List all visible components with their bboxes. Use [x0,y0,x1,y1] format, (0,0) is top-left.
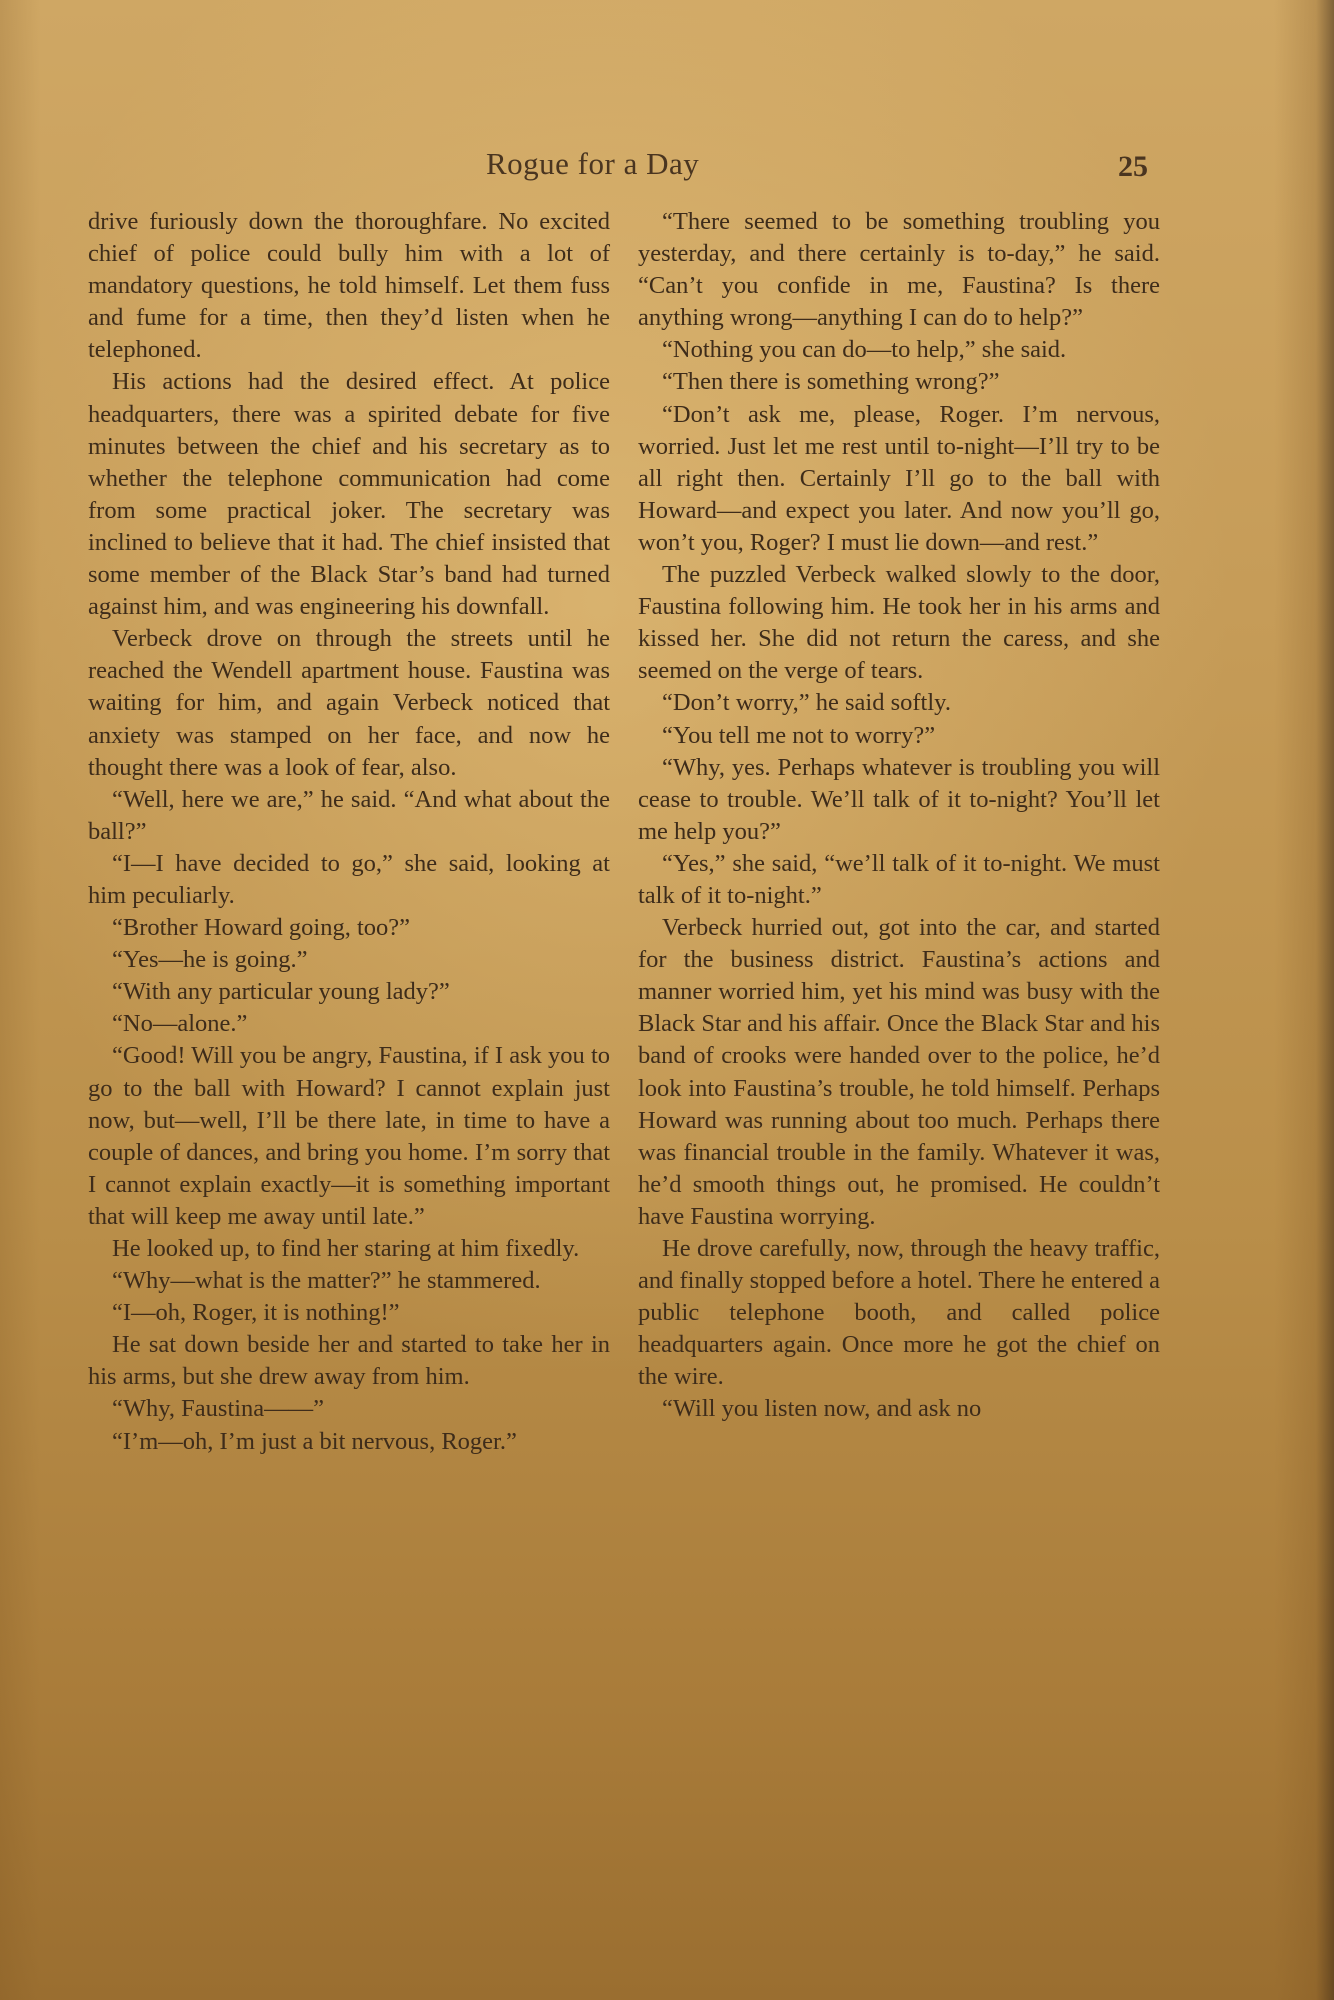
paragraph: drive furiously down the thoroughfare. N… [88,206,610,366]
paragraph: “Well, here we are,” he said. “And what … [88,784,610,848]
paragraph: “Don’t worry,” he said softly. [638,687,1160,719]
paragraph: Verbeck hurried out, got into the car, a… [638,912,1160,1233]
book-page: Rogue for a Day 25 drive furiously down … [0,0,1334,2000]
paragraph: “I—oh, Roger, it is nothing!” [88,1297,610,1329]
paragraph: “With any particular young lady?” [88,976,610,1008]
right-text-column: “There seemed to be something troubling … [638,206,1160,1426]
paragraph: “Brother Howard going, too?” [88,912,610,944]
paragraph: “I—I have decided to go,” she said, look… [88,848,610,912]
paragraph: “I’m—oh, I’m just a bit nervous, Roger.” [88,1426,610,1458]
left-text-column: drive furiously down the thoroughfare. N… [88,206,610,1458]
paragraph: His actions had the desired effect. At p… [88,366,610,623]
paragraph: “Don’t ask me, please, Roger. I’m nervou… [638,399,1160,559]
paragraph: “There seemed to be something troubling … [638,206,1160,334]
paragraph: “You tell me not to worry?” [638,720,1160,752]
paragraph: The puzzled Verbeck walked slowly to the… [638,559,1160,687]
paragraph: “Then there is something wrong?” [638,366,1160,398]
paragraph: “Good! Will you be angry, Faustina, if I… [88,1040,610,1233]
paragraph: He sat down beside her and started to ta… [88,1329,610,1393]
paragraph: “No—alone.” [88,1008,610,1040]
paragraph: He drove carefully, now, through the hea… [638,1233,1160,1393]
paragraph: “Nothing you can do—to help,” she said. [638,334,1160,366]
paragraph: “Will you listen now, and ask no [638,1393,1160,1425]
paragraph: He looked up, to find her staring at him… [88,1233,610,1265]
paragraph: “Why—what is the matter?” he stammered. [88,1265,610,1297]
paragraph: “Yes—he is going.” [88,944,610,976]
paragraph: “Why, Faustina——” [88,1393,610,1425]
paragraph: “Yes,” she said, “we’ll talk of it to-ni… [638,848,1160,912]
paragraph: Verbeck drove on through the streets unt… [88,623,610,783]
paragraph: “Why, yes. Perhaps whatever is troubling… [638,752,1160,848]
running-head-title: Rogue for a Day [486,146,699,182]
page-number: 25 [1118,150,1148,184]
